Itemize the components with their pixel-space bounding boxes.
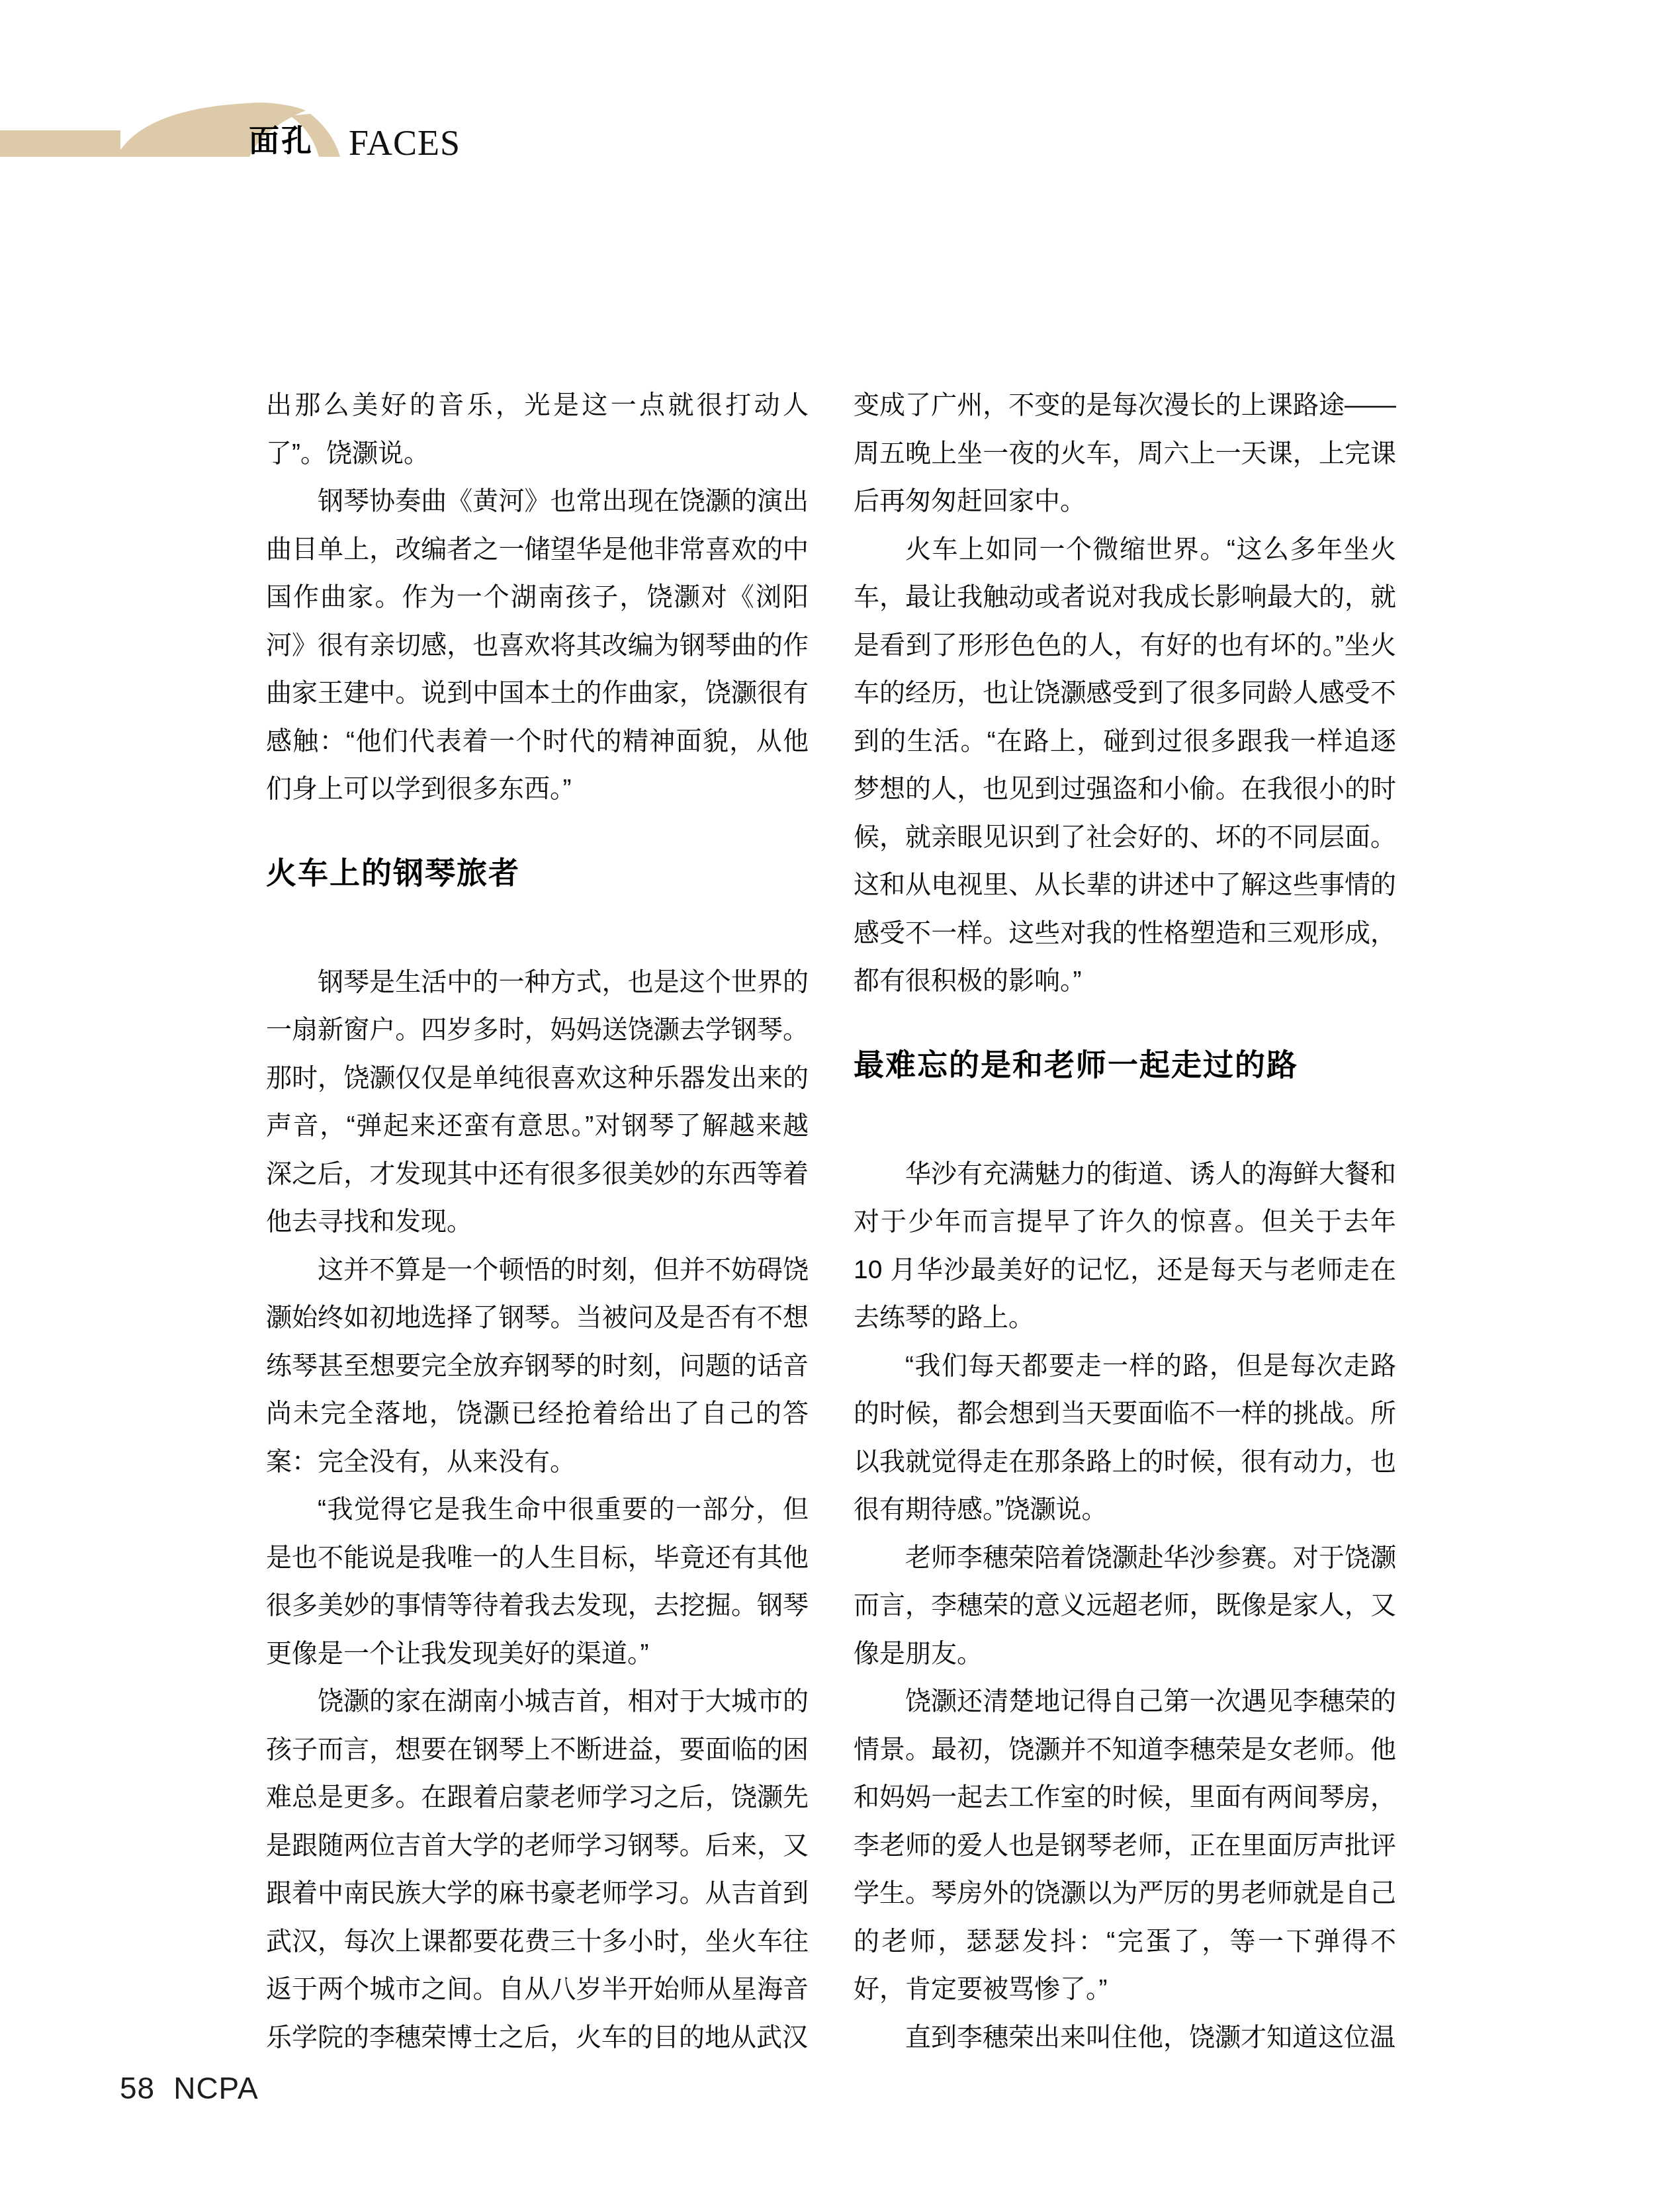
paragraph: 这并不算是一个顿悟的时刻，但并不妨碍饶灏始终如初地选择了钢琴。当被问及是否有不想… — [266, 1247, 809, 1487]
header-bar-shape — [0, 130, 120, 157]
paragraph: 火车上如同一个微缩世界。“这么多年坐火车，最让我触动或者说对我成长影响最大的，就… — [854, 526, 1396, 1006]
subheading-road-with-teacher: 最难忘的是和老师一起走过的路 — [854, 1045, 1396, 1084]
paragraph: “我们每天都要走一样的路，但是每次走路的时候，都会想到当天要面临不一样的挑战。所… — [854, 1342, 1396, 1534]
brand: NCPA — [173, 2071, 258, 2105]
paragraph: 变成了广州，不变的是每次漫长的上课路途——周五晚上坐一夜的火车，周六上一天课，上… — [854, 382, 1396, 526]
paragraph: 出那么美好的音乐，光是这一点就很打动人了”。饶灏说。 — [266, 382, 809, 478]
page-number: 58 — [120, 2071, 155, 2105]
left-column: 出那么美好的音乐，光是这一点就很打动人了”。饶灏说。 钢琴协奏曲《黄河》也常出现… — [266, 382, 809, 2062]
paragraph: 华沙有充满魅力的街道、诱人的海鲜大餐和对于少年而言提早了许久的惊喜。但关于去年 … — [854, 1151, 1396, 1342]
magazine-page: 面孔 FACES 出那么美好的音乐，光是这一点就很打动人了”。饶灏说。 钢琴协奏… — [0, 0, 1680, 2188]
right-column: 变成了广州，不变的是每次漫长的上课路途——周五晚上坐一夜的火车，周六上一天课，上… — [854, 382, 1396, 2062]
paragraph: 饶灏还清楚地记得自己第一次遇见李穗荣的情景。最初，饶灏并不知道李穗荣是女老师。他… — [854, 1678, 1396, 2014]
paragraph: 饶灏的家在湖南小城吉首，相对于大城市的孩子而言，想要在钢琴上不断进益，要面临的困… — [266, 1678, 809, 2062]
paragraph: 直到李穗荣出来叫住他，饶灏才知道这位温 — [854, 2014, 1396, 2062]
subheading-train-piano-traveler: 火车上的钢琴旅者 — [266, 853, 809, 893]
section-title-chinese: 面孔 — [249, 125, 314, 155]
paragraph: “我觉得它是我生命中很重要的一部分，但是也不能说是我唯一的人生目标，毕竟还有其他… — [266, 1486, 809, 1678]
paragraph: 老师李穗荣陪着饶灏赴华沙参赛。对于饶灏而言，李穗荣的意义远超老师，既像是家人，又… — [854, 1534, 1396, 1679]
page-footer: 58NCPA — [120, 2073, 259, 2103]
section-title-english: FACES — [349, 125, 461, 161]
paragraph: 钢琴协奏曲《黄河》也常出现在饶灏的演出曲目单上，改编者之一储望华是他非常喜欢的中… — [266, 478, 809, 814]
paragraph: 钢琴是生活中的一种方式，也是这个世界的一扇新窗户。四岁多时，妈妈送饶灏去学钢琴。… — [266, 959, 809, 1247]
